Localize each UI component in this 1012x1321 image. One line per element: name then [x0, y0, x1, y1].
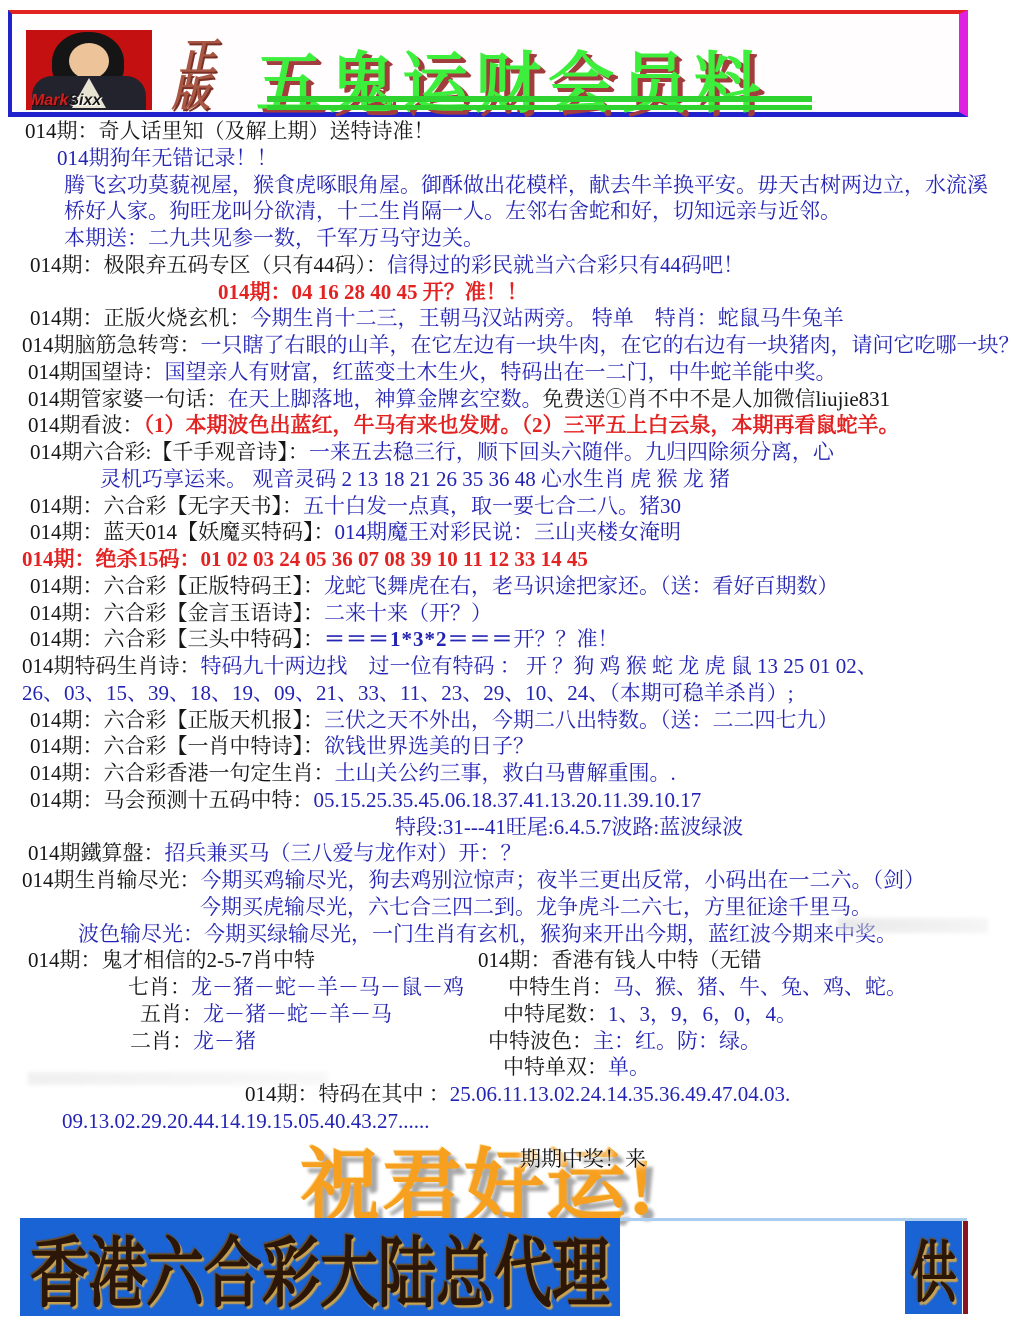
overlay-note: 期期中奖！来 — [520, 1143, 646, 1173]
text-line: 014期：04 16 28 40 45 开？准！！ — [0, 279, 1012, 306]
text-line: 灵机巧享运来。 观音灵码 2 13 18 21 26 35 36 48 心水生肖… — [0, 466, 1012, 493]
line-segment: 招兵兼买马（三八爱与龙作对）开：？ — [165, 841, 522, 865]
line-segment: 014期：绝杀15码：01 02 03 24 05 36 07 08 39 10… — [22, 547, 588, 571]
right-column-item: 中特生肖：马、猴、猪、牛、兔、鸡、蛇。 — [508, 974, 907, 1001]
line-segment: 014期：六合彩【正版特码王】： — [30, 574, 324, 598]
line-segment: 014期狗年无错记录！！ — [57, 146, 278, 170]
right-column-item: 中特单双：单。 — [503, 1054, 650, 1081]
line-segment: 二来十来（开？） — [324, 601, 492, 625]
right-column-item: 中特尾数：1、3，9，6，0，4。 — [503, 1001, 797, 1028]
line-segment: 龙－猪－蛇－羊－马 — [203, 1002, 392, 1026]
portrait-photo: MarkSixx — [26, 30, 152, 110]
text-line: 014期看波：（1）本期波色出蓝红，牛马有来也发财。（2）三平五上白云泉，本期再… — [0, 412, 1012, 439]
left-column-item: 014期：鬼才相信的2-5-7肖中特 — [28, 947, 315, 974]
line-segment: 主：红。防：绿。 — [593, 1029, 761, 1053]
line-segment: 05.15.25.35.45.06.18.37.41.13.20.11.39.1… — [314, 788, 702, 812]
line-segment: 本期送：二九共见参一数，千军万马守边关。 — [64, 226, 484, 250]
line-segment: 今期生肖十二三，王朝马汉站两旁。 特单 特肖：蛇鼠马牛兔羊 — [251, 306, 844, 330]
text-line: 014期：六合彩【正版天机报】：三伏之天不外出，今期二八出特数。（送：二二四七九… — [0, 707, 1012, 734]
text-line: 本期送：二九共见参一数，千军万马守边关。 — [0, 225, 1012, 252]
text-line: 桥好人家。狗旺龙叫分欲清，十二生肖隔一人。左邻右舍蛇和好，切知远亲与近邻。 — [0, 198, 1012, 225]
text-line: 特段:31---41旺尾:6.4.5.7波路:蓝波绿波 — [0, 814, 1012, 841]
columns-row: 七肖：龙－猪－蛇－羊－马－鼠－鸡 中特生肖：马、猴、猪、牛、兔、鸡、蛇。 — [0, 974, 1012, 1001]
left-column-item: 二肖：龙－猪 — [130, 1028, 256, 1055]
line-segment: 今期买鸡输尽光，狗去鸡别泣惊声；夜半三更出反常，小码出在一二六。（剑） — [201, 868, 926, 892]
banner-left-text: 香港六合彩大陆总代理 — [30, 1218, 610, 1316]
photo-caption: MarkSixx — [31, 92, 101, 110]
banner-left: 香港六合彩大陆总代理 — [20, 1218, 620, 1316]
left-column-item: 五肖：龙－猪－蛇－羊－马 — [140, 1001, 392, 1028]
line-segment: 中特波色： — [488, 1029, 593, 1053]
text-line: 014期管家婆一句话：在天上脚落地，神算金牌玄空数。免费送①肖不中不是人加微信l… — [0, 386, 1012, 413]
line-segment: 二肖： — [130, 1029, 193, 1053]
line-segment: 014期：六合彩香港一句定生肖： — [30, 761, 335, 785]
body-text: 014期：奇人话里知（及解上期）送特诗准！ 014期狗年无错记录！！ 腾飞玄功莫… — [0, 118, 1012, 1135]
line-segment: 今期买虎输尽光，六七合三四二到。龙争虎斗二六七，方里征途千里马。 — [200, 895, 872, 919]
text-line: 014期六合彩:【千手观音诗】：一来五去稳三行，顺下回头六随伴。九归四除须分离，… — [0, 439, 1012, 466]
line-segment: 014期：蓝天014【妖魔买特码】： — [30, 520, 335, 544]
banner-right-text: 供 — [911, 1220, 957, 1316]
line-segment: 014期国望诗： — [28, 360, 165, 384]
right-column-item: 中特波色：主：红。防：绿。 — [488, 1028, 761, 1055]
text-line: 014期：正版火烧玄机：今期生肖十二三，王朝马汉站两旁。 特单 特肖：蛇鼠马牛兔… — [0, 305, 1012, 332]
text-line: 014期：蓝天014【妖魔买特码】：014期魔王对彩民说：三山夹楼女淹明 — [0, 519, 1012, 546]
line-segment: 三伏之天不外出，今期二八出特数。（送：二二四七九） — [324, 708, 839, 732]
stamp-char-top: 正 — [178, 40, 224, 76]
title-underline — [267, 105, 812, 110]
portrait-face — [69, 43, 109, 79]
columns-row: 五肖：龙－猪－蛇－羊－马 中特尾数：1、3，9，6，0，4。 — [0, 1001, 1012, 1028]
text-line: 014期：极限弃五码专区（只有44码）：信得过的彩民就当六合彩只有44码吧！ — [0, 252, 1012, 279]
line-segment: 014期生肖输尽光： — [22, 868, 201, 892]
line-segment: 014期：六合彩【三头中特码】： — [30, 627, 324, 651]
text-line: 014期：奇人话里知（及解上期）送特诗准！ — [0, 118, 1012, 145]
line-segment: 波色输尽光：今期买绿输尽光，一门生肖有玄机，猴狗来开出今期，蓝红波今期来中奖。 — [78, 922, 897, 946]
line-segment: 中特生肖： — [508, 975, 613, 999]
text-line: 014期：六合彩【金言玉语诗】：二来十来（开？） — [0, 600, 1012, 627]
line-segment: 五肖： — [140, 1002, 203, 1026]
line-segment: 014期六合彩:【千手观音诗】： — [30, 440, 309, 464]
line-segment: 桥好人家。狗旺龙叫分欲清，十二生肖隔一人。左邻右舍蛇和好，切知远亲与近邻。 — [64, 199, 841, 223]
line-segment: 免费送①肖不中不是人加微信liujie831 — [543, 387, 891, 411]
line-segment: 1、3，9，6，0，4。 — [608, 1002, 797, 1026]
stamp-char-bottom: 版 — [170, 76, 216, 112]
title-underline — [267, 96, 812, 102]
photo-caption-six: Sixx — [68, 92, 101, 109]
text-line: 014期：特码在其中 ：25.06.11.13.02.24.14.35.36.4… — [0, 1081, 1012, 1108]
artifact-smudge — [28, 1072, 328, 1085]
line-segment: 在天上脚落地，神算金牌玄空数。 — [228, 387, 543, 411]
text-line: 014期脑筋急转弯：一只瞎了右眼的山羊，在它左边有一块牛肉，在它的右边有一块猪肉… — [0, 332, 1012, 359]
line-segment: 龙－猪－蛇－羊－马－鼠－鸡 — [191, 975, 464, 999]
line-segment: 中特单双： — [503, 1055, 608, 1079]
line-segment: 国望亲人有财富，红蓝变土木生火，特码出在一二门，中牛蛇羊能中奖。 — [165, 360, 837, 384]
text-line: 014期国望诗：国望亲人有财富，红蓝变土木生火，特码出在一二门，中牛蛇羊能中奖。 — [0, 359, 1012, 386]
left-column-item: 七肖：龙－猪－蛇－羊－马－鼠－鸡 — [128, 974, 464, 1001]
text-line: 014期特码生肖诗：特码九十两边找 过一位有特码 ： 开 ？狗 鸡 猴 蛇 龙 … — [0, 653, 1012, 680]
banner-red-bar — [963, 1221, 968, 1314]
line-segment: 特码九十两边找 过一位有特码 ： 开 ？狗 鸡 猴 蛇 龙 虎 鼠 13 25 … — [201, 654, 878, 678]
line-segment: 一来五去稳三行，顺下回头六随伴。九归四除须分离，心 — [309, 440, 834, 464]
text-line: 014期：六合彩【三头中特码】：＝＝＝1*3*2＝＝＝开？？准！ — [0, 626, 1012, 653]
genuine-stamp: 正版 — [170, 40, 223, 112]
text-line: 014期生肖输尽光：今期买鸡输尽光，狗去鸡别泣惊声；夜半三更出反常，小码出在一二… — [0, 867, 1012, 894]
header-box: MarkSixx 正版 五鬼运财会员料 — [8, 10, 968, 117]
line-segment: 014期：鬼才相信的2-5-7肖中特 — [28, 948, 315, 972]
line-segment: 014期：六合彩【正版天机报】： — [30, 708, 324, 732]
line-segment: 014期：04 16 28 40 45 开？准！！ — [218, 280, 528, 304]
text-line: 014期：六合彩香港一句定生肖：土山关公约三事，救白马曹解重围。. — [0, 760, 1012, 787]
columns-row: 二肖：龙－猪 中特波色：主：红。防：绿。 — [0, 1028, 1012, 1055]
page-title: 五鬼运财会员料 — [256, 30, 767, 125]
text-line: 014期：六合彩【一肖中特诗】：欲钱世界选美的日子？ — [0, 733, 1012, 760]
text-line: 今期买虎输尽光，六七合三四二到。龙争虎斗二六七，方里征途千里马。 — [0, 894, 1012, 921]
line-segment: 014期：六合彩【一肖中特诗】： — [30, 734, 324, 758]
line-segment: 014期：极限弃五码专区（只有44码）： — [30, 253, 387, 277]
right-column-item: 014期：香港有钱人中特（无错 — [478, 947, 762, 974]
line-segment: 014期：奇人话里知（及解上期）送特诗准！ — [25, 119, 435, 143]
line-segment: 单。 — [608, 1055, 650, 1079]
text-line: 014期鐵算盤：招兵兼买马（三八爱与龙作对）开：？ — [0, 840, 1012, 867]
line-segment: 014期：六合彩【无字天书】： — [30, 494, 303, 518]
banner-right: 供 — [905, 1221, 962, 1314]
line-segment: 马、猴、猪、牛、兔、鸡、蛇。 — [613, 975, 907, 999]
line-segment: 014期：香港有钱人中特（无错 — [478, 948, 762, 972]
line-segment: 25.06.11.13.02.24.14.35.36.49.47.04.03. — [450, 1082, 790, 1106]
text-line: 014期狗年无错记录！！ — [0, 145, 1012, 172]
line-segment: 014期魔王对彩民说：三山夹楼女淹明 — [335, 520, 682, 544]
line-segment: 欲钱世界选美的日子？ — [324, 734, 534, 758]
artifact-smudge — [838, 918, 988, 933]
line-segment: 014期鐵算盤： — [28, 841, 165, 865]
line-segment: 014期脑筋急转弯： — [22, 333, 201, 357]
photo-caption-mark: Mark — [31, 92, 68, 109]
line-segment: 014期：正版火烧玄机： — [30, 306, 251, 330]
line-segment: 土山关公约三事，救白马曹解重围。. — [335, 761, 676, 785]
line-segment: 014期：特码在其中 ： — [245, 1082, 450, 1106]
text-line: 26、03、15、39、18、19、09、21、33、11、23、29、10、2… — [0, 680, 1012, 707]
text-line: 014期：马会预测十五码中特：05.15.25.35.45.06.18.37.4… — [0, 787, 1012, 814]
line-segment: 014期：马会预测十五码中特： — [30, 788, 314, 812]
line-segment: 中特尾数： — [503, 1002, 608, 1026]
line-segment: 灵机巧享运来。 观音灵码 2 13 18 21 26 35 36 48 心水生肖… — [100, 467, 730, 491]
line-segment: 龙－猪 — [193, 1029, 256, 1053]
columns-row: 014期：鬼才相信的2-5-7肖中特 014期：香港有钱人中特（无错 — [0, 947, 1012, 974]
text-line: 014期：六合彩【无字天书】：五十白发一点真，取一要七合二八。猪30 — [0, 493, 1012, 520]
line-segment: 五十白发一点真，取一要七合二八。猪30 — [303, 494, 681, 518]
line-segment: 26、03、15、39、18、19、09、21、33、11、23、29、10、2… — [22, 681, 794, 705]
line-segment: ＝＝＝1*3*2＝＝＝ — [324, 627, 514, 651]
line-segment: 014期看波： — [28, 413, 144, 437]
text-line: 014期：六合彩【正版特码王】：龙蛇飞舞虎在右，老马识途把家还。（送：看好百期数… — [0, 573, 1012, 600]
line-segment: 特段:31---41旺尾:6.4.5.7波路:蓝波绿波 — [395, 815, 743, 839]
line-segment: 014期管家婆一句话： — [28, 387, 228, 411]
text-line: 腾飞玄功莫藐视屋，猴食虎啄眼角屋。御酥做出花模样，献去牛羊换平安。毋天古树两边立… — [0, 172, 1012, 199]
line-segment: 一只瞎了右眼的山羊，在它左边有一块牛肉，在它的右边有一块猪肉，请问它吃哪一块？ — [201, 333, 1012, 357]
leaflet-page: MarkSixx 正版 五鬼运财会员料 014期：奇人话里知（及解上期）送特诗准… — [0, 0, 1012, 1321]
line-segment: （1）本期波色出蓝红，牛马有来也发财。（2）三平五上白云泉，本期再看鼠蛇羊。 — [144, 413, 900, 437]
line-segment: 龙蛇飞舞虎在右，老马识途把家还。（送：看好百期数） — [324, 574, 839, 598]
line-segment: 014期：六合彩【金言玉语诗】： — [30, 601, 324, 625]
line-segment: 开？？准！ — [514, 627, 619, 651]
line-segment: 014期特码生肖诗： — [22, 654, 201, 678]
line-segment: 七肖： — [128, 975, 191, 999]
line-segment: 腾飞玄功莫藐视屋，猴食虎啄眼角屋。御酥做出花模样，献去牛羊换平安。毋天古树两边立… — [64, 173, 988, 197]
line-segment: 信得过的彩民就当六合彩只有44码吧！ — [387, 253, 744, 277]
text-line: 014期：绝杀15码：01 02 03 24 05 36 07 08 39 10… — [0, 546, 1012, 573]
